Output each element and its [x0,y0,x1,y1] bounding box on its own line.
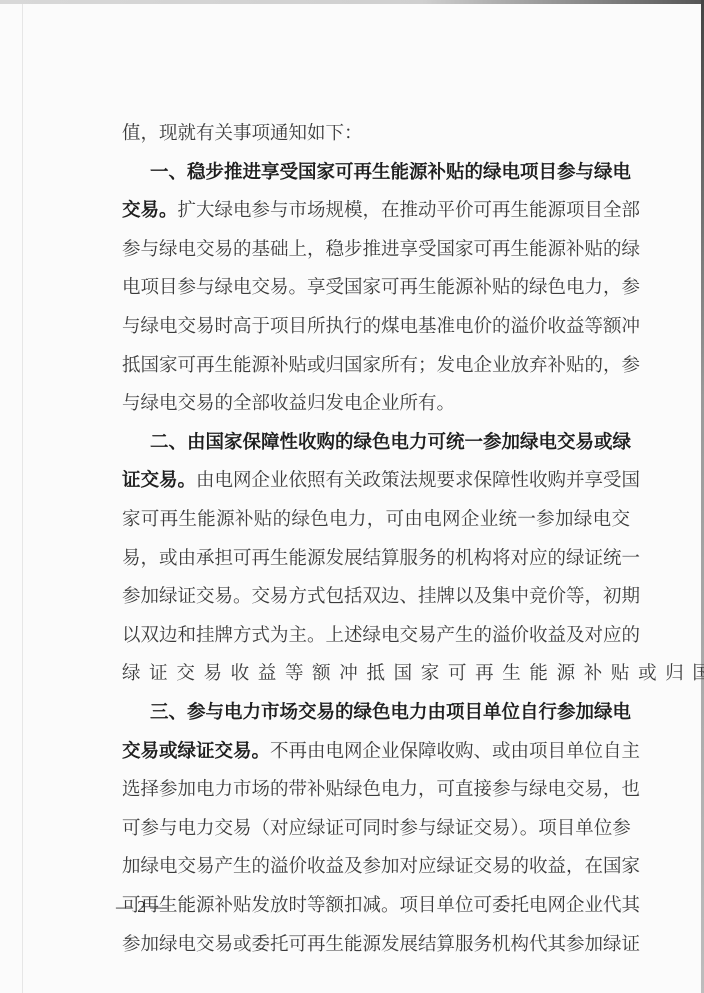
body-text: 可参与电力交易（对应绿证可同时参与绿证交易）。项目单位参 [122,818,631,839]
body-text: 易，或由承担可再生能源发展结算服务的机构将对应的绿证统一 [122,548,640,569]
body-text: 加绿电交易产生的溢价收益及参加对应绿证交易的收益，在国家 [122,856,640,877]
bold-heading-text: 三、参与电力市场交易的绿色电力由项目单位自行参加绿电 [150,702,631,723]
section-heading-line: 三、参与电力市场交易的绿色电力由项目单位自行参加绿电 [150,698,630,728]
text-line: 交易。扩大绿电参与市场规模，在推动平价可再生能源项目全部 [122,196,630,226]
bold-heading-text: 交易或绿证交易。 [122,741,270,762]
bold-heading-text: 证交易。 [122,470,196,491]
bold-heading-text: 交易。 [122,200,178,221]
body-text: 与绿电交易时高于项目所执行的煤电基准电价的溢价收益等额冲 [122,316,640,337]
bold-heading-text: 二、由国家保障性收购的绿色电力可统一参加绿电交易或绿 [150,432,631,453]
bold-heading-text: 一、稳步推进享受国家可再生能源补贴的绿电项目参与绿电 [150,162,631,183]
text-line: 与绿电交易的全部收益归发电企业所有。 [122,389,630,419]
body-text: 以双边和挂牌方式为主。上述绿电交易产生的溢价收益及对应的 [122,625,640,646]
body-text: 扩大绿电参与市场规模，在推动平价可再生能源项目全部 [178,200,641,221]
body-text: 由电网企业依照有关政策法规要求保障性收购并享受国 [196,470,640,491]
body-text: 抵国家可再生能源补贴或归国家所有；发电企业放弃补贴的，参 [122,355,640,376]
section-heading-line: 二、由国家保障性收购的绿色电力可统一参加绿电交易或绿 [150,428,630,458]
body-text: 不再由电网企业保障收购、或由项目单位自主 [270,741,640,762]
text-line: 家可再生能源补贴的绿色电力，可由电网企业统一参加绿电交 [122,505,630,535]
text-line: 可再生能源补贴发放时等额扣减。项目单位可委托电网企业代其 [122,891,630,921]
body-text: 家可再生能源补贴的绿色电力，可由电网企业统一参加绿电交 [122,509,630,530]
text-line: 与绿电交易时高于项目所执行的煤电基准电价的溢价收益等额冲 [122,312,630,342]
body-text: 选择参加电力市场的带补贴绿色电力，可直接参与绿电交易，也 [122,779,640,800]
text-line: 易，或由承担可再生能源发展结算服务的机构将对应的绿证统一 [122,544,630,574]
text-line: 可参与电力交易（对应绿证可同时参与绿证交易）。项目单位参 [122,814,630,844]
text-line: 绿证交易收益等额冲抵国家可再生能源补贴或归国家所有。 [122,659,630,689]
text-line: 加绿电交易产生的溢价收益及参加对应绿证交易的收益，在国家 [122,852,630,882]
text-line: 交易或绿证交易。不再由电网企业保障收购、或由项目单位自主 [122,737,630,767]
body-text: 与绿电交易的全部收益归发电企业所有。 [122,393,455,414]
body-text: 绿证交易收益等额冲抵国家可再生能源补贴或归国家所有。 [122,663,704,684]
text-line: 抵国家可再生能源补贴或归国家所有；发电企业放弃补贴的，参 [122,351,630,381]
text-line: 参加绿证交易。交易方式包括双边、挂牌以及集中竞价等，初期 [122,582,630,612]
text-line: 以双边和挂牌方式为主。上述绿电交易产生的溢价收益及对应的 [122,621,630,651]
section-heading-line: 一、稳步推进享受国家可再生能源补贴的绿电项目参与绿电 [150,158,630,188]
body-text: 电项目参与绿电交易。享受国家可再生能源补贴的绿色电力，参 [122,277,640,298]
text-line: 参与绿电交易的基础上，稳步推进享受国家可再生能源补贴的绿 [122,235,630,265]
body-text: 可再生能源补贴发放时等额扣减。项目单位可委托电网企业代其 [122,895,640,916]
document-page: 值，现就有关事项通知如下：一、稳步推进享受国家可再生能源补贴的绿电项目参与绿电交… [0,0,704,993]
body-text: 参加绿电交易或委托可再生能源发展结算服务机构代其参加绿证 [122,934,640,955]
text-line: 值，现就有关事项通知如下： [122,119,630,149]
text-line: 证交易。由电网企业依照有关政策法规要求保障性收购并享受国 [122,466,630,496]
body-text: 值，现就有关事项通知如下： [122,123,363,144]
body-text: 参与绿电交易的基础上，稳步推进享受国家可再生能源补贴的绿 [122,239,640,260]
text-line: 电项目参与绿电交易。享受国家可再生能源补贴的绿色电力，参 [122,273,630,303]
text-line: 参加绿电交易或委托可再生能源发展结算服务机构代其参加绿证 [122,930,630,960]
body-text: 参加绿证交易。交易方式包括双边、挂牌以及集中竞价等，初期 [122,586,640,607]
page-number: — 2 — [116,897,167,917]
text-line: 选择参加电力市场的带补贴绿色电力，可直接参与绿电交易，也 [122,775,630,805]
